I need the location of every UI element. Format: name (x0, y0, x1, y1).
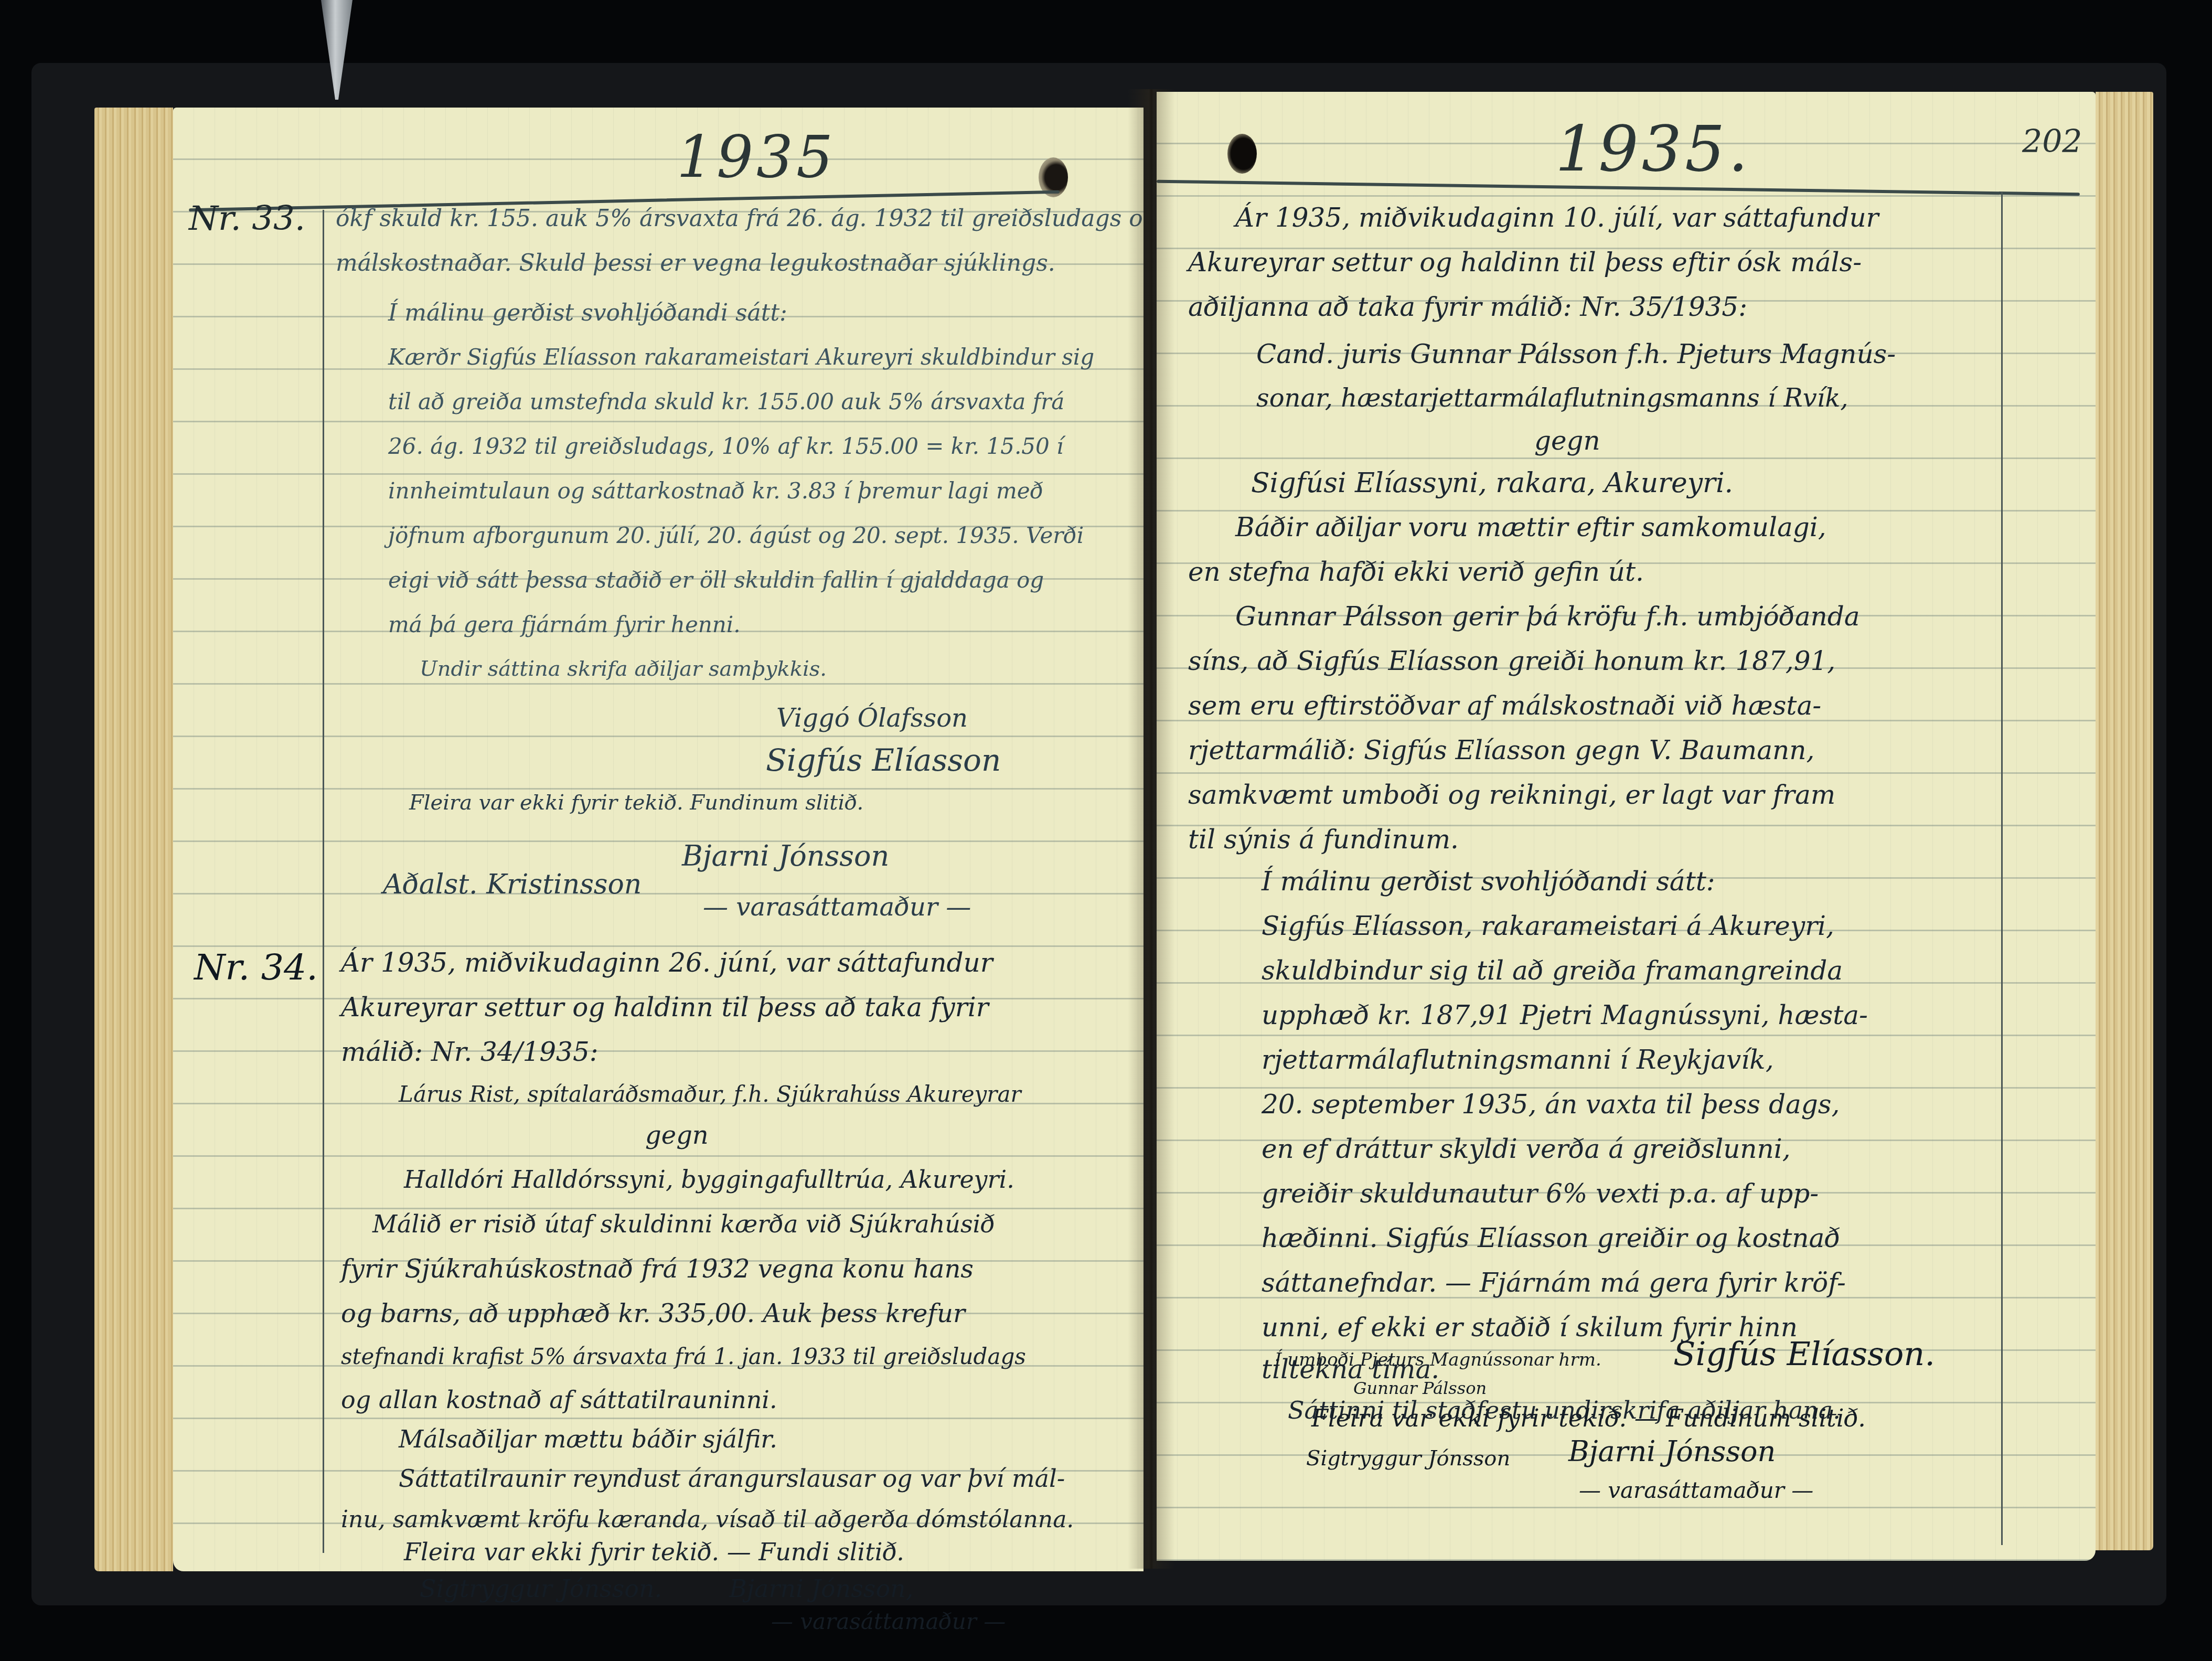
entry-line: Akureyrar settur og haldinn til þess að … (341, 994, 989, 1020)
margin-column-rule (323, 210, 324, 1553)
right-year-header: 1935. (1555, 113, 1751, 186)
book-gutter (1128, 89, 1175, 1569)
entry-line: 26. ág. 1932 til greiðsludags, 10% af kr… (388, 435, 1063, 457)
signature: Sigfús Elíasson. (1673, 1338, 1935, 1370)
entry-line: málið: Nr. 34/1935: (341, 1039, 599, 1065)
signature-proxy-note: Í umboði Pjeturs Magnússonar hrm. (1275, 1351, 1601, 1369)
entry-line: ókf skuld kr. 155. auk 5% ársvaxta frá 2… (336, 207, 1144, 230)
entry-line: rjettarmálið: Sigfús Elíasson gegn V. Ba… (1188, 737, 1814, 763)
signature: Bjarni Jónsson (1568, 1438, 1776, 1466)
entry-line: til sýnis á fundinum. (1188, 826, 1459, 853)
entry-line: málskostnaðar. Skuld þessi er vegna legu… (336, 252, 1055, 275)
signature: Sigtryggur Jónsson (1306, 1448, 1510, 1469)
signature: Sigfús Elíasson (766, 745, 1001, 775)
entry-line: gegn (645, 1123, 709, 1148)
entry-number: Nr. 34. (194, 947, 318, 988)
signature-title: — varasáttamaður — (771, 1611, 1006, 1633)
page-number: 202 (2022, 123, 2082, 160)
entry-line: Sigfús Elíasson, rakarameistari á Akurey… (1262, 913, 1834, 939)
signature: Viggó Ólafsson (776, 706, 968, 731)
left-page: 1935 Nr. 33. ókf skuld kr. 155. auk 5% á… (173, 108, 1144, 1571)
entry-line: Kærðr Sigfús Elíasson rakarameistari Aku… (388, 346, 1094, 368)
entry-line: sem eru eftirstöðvar af málskostnaði við… (1188, 693, 1821, 719)
entry-line: stefnandi krafist 5% ársvaxta frá 1. jan… (341, 1346, 1026, 1368)
entry-line: Undir sáttina skrifa aðiljar samþykkis. (420, 658, 827, 679)
entry-line: skuldbindur sig til að greiða framangrei… (1262, 957, 1843, 984)
left-year-header: 1935 (677, 123, 836, 190)
entry-line: til að greiða umstefnda skuld kr. 155.00… (388, 391, 1064, 413)
signature: Bjarni Jónsson, (729, 1577, 913, 1601)
entry-line: Málsaðiljar mættu báðir sjálfir. (399, 1427, 777, 1451)
signature-title: — varasáttamaður — (1579, 1479, 1813, 1502)
entry-line: Gunnar Pálsson gerir þá kröfu f.h. umbjó… (1235, 603, 1860, 630)
entry-line: jöfnum afborgunum 20. júlí, 20. ágúst og… (388, 525, 1084, 547)
entry-line: upphæð kr. 187,91 Pjetri Magnússyni, hæs… (1262, 1002, 1868, 1028)
entry-line: en stefna hafði ekki verið gefin út. (1188, 559, 1644, 585)
entry-line: og barns, að upphæð kr. 335,00. Auk þess… (341, 1301, 965, 1326)
entry-line: en ef dráttur skyldi verða á greiðslunni… (1262, 1136, 1791, 1162)
entry-line: samkvæmt umboði og reikningi, er lagt va… (1188, 782, 1835, 808)
entry-line: inu, samkvæmt kröfu kæranda, vísað til a… (341, 1508, 1074, 1531)
entry-line: Sáttatilraunir reyndust árangurslausar o… (399, 1466, 1065, 1490)
page-edges-left (94, 108, 173, 1571)
entry-line: aðiljanna að taka fyrir málið: Nr. 35/19… (1188, 294, 1747, 320)
entry-number: Nr. 33. (189, 199, 305, 238)
entry-line: Sigfúsi Elíassyni, rakara, Akureyri. (1251, 470, 1733, 497)
signature: Gunnar Pálsson (1353, 1380, 1487, 1397)
entry-line: sonar, hæstarjettarmálaflutningsmanns í … (1256, 386, 1848, 411)
entry-line: gegn (1534, 428, 1600, 454)
entry-line: Málið er risið útaf skuldinni kærða við … (372, 1212, 995, 1236)
entry-line: og allan kostnað af sáttatilrauninni. (341, 1388, 777, 1412)
signature: Aðalst. Kristinsson (383, 871, 642, 898)
entry-line: hæðinni. Sigfús Elíasson greiðir og kost… (1262, 1225, 1840, 1251)
entry-line: Ár 1935, miðvikudaginn 10. júlí, var sát… (1235, 205, 1879, 231)
entry-line: rjettarmálaflutningsmanni í Reykjavík, (1262, 1047, 1774, 1073)
right-page: 1935. 202 Ár 1935, miðvikudaginn 10. júl… (1157, 92, 2096, 1561)
entry-line: má þá gera fjárnám fyrir henni. (388, 614, 741, 636)
entry-line: sáttanefndar. — Fjárnám má gera fyrir kr… (1262, 1270, 1846, 1296)
signature: Sigtryggur Jónsson. (420, 1577, 662, 1601)
closing-statement: Fleira var ekki fyrir tekið. — Fundinum … (1311, 1406, 1866, 1430)
entry-line: fyrir Sjúkrahúskostnað frá 1932 vegna ko… (341, 1257, 974, 1282)
page-edges-right (2096, 92, 2153, 1550)
closing-statement: Fleira var ekki fyrir tekið. — Fundi sli… (404, 1540, 904, 1564)
entry-line: Í málinu gerðist svohljóðandi sátt: (388, 302, 787, 325)
entry-line: 20. september 1935, án vaxta til þess da… (1262, 1091, 1840, 1117)
margin-column-rule (2001, 191, 2003, 1545)
signature: Bjarni Jónsson (682, 842, 889, 870)
entry-line: síns, að Sigfús Elíasson greiði honum kr… (1188, 648, 1835, 674)
entry-line: Cand. juris Gunnar Pálsson f.h. Pjeturs … (1256, 341, 1896, 367)
entry-line: Lárus Rist, spítalaráðsmaður, f.h. Sjúkr… (399, 1083, 1021, 1105)
entry-line: greiðir skuldunautur 6% vexti p.a. af up… (1262, 1180, 1819, 1207)
entry-line: Í málinu gerðist svohljóðandi sátt: (1262, 868, 1715, 895)
entry-line: innheimtulaun og sáttarkostnað kr. 3.83 … (388, 480, 1043, 502)
signature-title: — varasáttamaður — (703, 895, 971, 920)
entry-line: Akureyrar settur og haldinn til þess eft… (1188, 249, 1862, 275)
entry-line: Ár 1935, miðvikudaginn 26. júní, var sát… (341, 950, 993, 976)
closing-statement: Fleira var ekki fyrir tekið. Fundinum sl… (409, 792, 863, 813)
entry-line: eigi við sátt þessa staðið er öll skuldi… (388, 569, 1044, 591)
entry-line: Halldóri Halldórssyni, byggingafulltrúa,… (404, 1167, 1014, 1191)
entry-line: Báðir aðiljar voru mættir eftir samkomul… (1235, 514, 1826, 540)
punch-hole-icon (1227, 134, 1257, 174)
